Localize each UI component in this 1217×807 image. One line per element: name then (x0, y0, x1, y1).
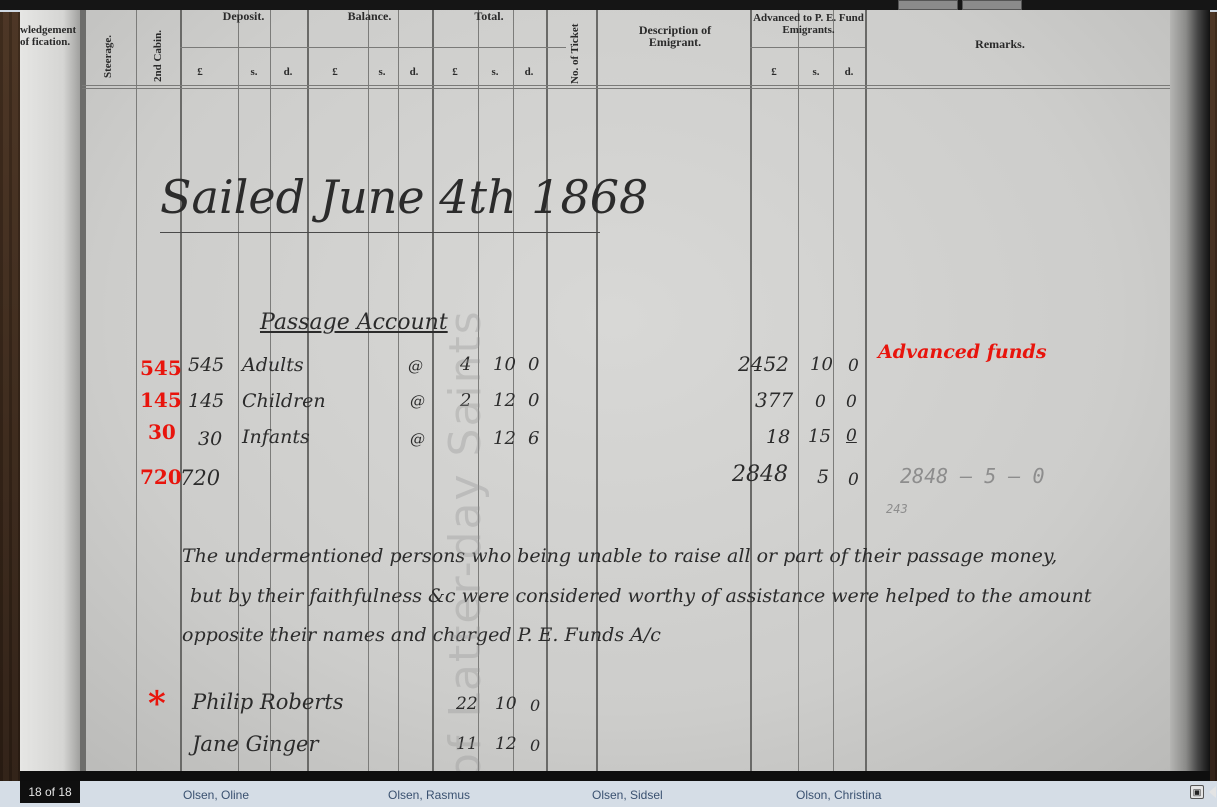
asterisk-icon: * (148, 684, 166, 724)
row-at: @ (410, 392, 425, 410)
row-adv-pence: 0 (846, 392, 857, 412)
advanced-funds-note: Advanced funds (878, 341, 1047, 363)
rule (180, 47, 566, 48)
page-counter: 18 of 18 (20, 781, 80, 803)
viewer-footer (20, 771, 1210, 781)
currency-shillings: s. (806, 66, 826, 78)
pencil-total: 2848 – 5 – 0 (900, 464, 1045, 488)
rule (865, 10, 867, 781)
toolbar-button[interactable] (898, 0, 958, 10)
currency-shillings: s. (244, 66, 264, 78)
header-acknowledgement: wledgement of fication. (20, 24, 82, 48)
left-page-edge (20, 10, 82, 781)
row-count: 30 (198, 428, 222, 450)
ledger-page: wledgement of fication. Steerage. 2nd Ca… (20, 10, 1210, 781)
row-adv-pounds: 18 (766, 426, 790, 448)
row-rate-shillings: 12 (493, 390, 516, 411)
person-amount-pence: 0 (530, 696, 540, 715)
currency-pounds: £ (190, 66, 210, 78)
row-adv-pence: 0 (848, 470, 859, 490)
row-adv-pence: 0 (846, 426, 857, 446)
viewer-top-bar (0, 0, 1217, 10)
currency-shillings: s. (372, 66, 392, 78)
red-count-adults: 545 (140, 356, 182, 380)
rule (833, 10, 834, 781)
row-rate-pence: 0 (528, 354, 539, 375)
row-rate-shillings: 12 (493, 428, 516, 449)
row-adv-pence: 0 (848, 356, 859, 376)
red-count-infants: 30 (148, 420, 176, 444)
red-count-total: 720 (140, 465, 182, 489)
sailed-date: Sailed June 4th 1868 (160, 170, 648, 224)
index-name[interactable]: Olson, Christina (796, 788, 881, 802)
currency-pence: d. (278, 66, 298, 78)
rule (398, 10, 399, 781)
paragraph-line: The undermentioned persons who being una… (182, 545, 1057, 567)
header-balance: Balance. (307, 10, 432, 22)
header-total: Total. (432, 10, 546, 22)
collapse-arrow-icon[interactable] (1209, 786, 1216, 798)
paragraph-line: but by their faithfulness &c were consid… (190, 585, 1091, 607)
currency-shillings: s. (485, 66, 505, 78)
currency-pounds: £ (445, 66, 465, 78)
rule (136, 10, 137, 781)
row-label: Children (242, 390, 326, 412)
red-count-children: 145 (140, 388, 182, 412)
currency-pence: d. (404, 66, 424, 78)
header-remarks: Remarks. (920, 38, 1080, 50)
rule (432, 10, 434, 781)
header-advanced: Advanced to P. E. Fund Emigrants. (752, 12, 865, 36)
index-strip-bottom: Olsen, Oline Olsen, Rasmus Olsen, Sidsel… (0, 781, 1217, 807)
rule (82, 88, 1170, 89)
header-no-of-tickets: No. of Ticket (569, 24, 581, 84)
row-adv-shillings: 15 (808, 426, 831, 447)
person-amount-shillings: 12 (495, 734, 517, 754)
header-deposit: Deposit. (180, 10, 307, 22)
rule (596, 10, 598, 781)
expand-icon[interactable]: ▣ (1190, 785, 1204, 799)
person-amount-pence: 0 (530, 736, 540, 755)
person-amount-shillings: 10 (495, 694, 517, 714)
row-adv-shillings: 10 (810, 354, 833, 375)
watermark: of Latter-day Saints (440, 309, 491, 780)
image-viewer[interactable]: wledgement of fication. Steerage. 2nd Ca… (20, 10, 1210, 781)
rule (798, 10, 799, 781)
row-count: 720 (180, 466, 220, 490)
person-name: Jane Ginger (192, 732, 319, 756)
paragraph-line: opposite their names and charged P. E. F… (182, 624, 661, 646)
row-adv-shillings: 0 (815, 392, 826, 412)
rule (238, 10, 239, 781)
row-at: @ (408, 357, 423, 375)
toolbar-button[interactable] (962, 0, 1022, 10)
rule (750, 10, 752, 781)
pencil-note: 243 (886, 502, 908, 516)
row-adv-shillings: 5 (817, 466, 829, 488)
row-rate-pence: 6 (528, 428, 539, 449)
rule (750, 47, 865, 48)
index-name[interactable]: Olsen, Oline (183, 788, 249, 802)
rule (546, 10, 548, 781)
index-name[interactable]: Olsen, Rasmus (388, 788, 470, 802)
binding-gutter (80, 10, 86, 781)
header-description: Description of Emigrant. (620, 24, 730, 48)
row-rate-shillings: 10 (493, 354, 516, 375)
right-binding (1170, 10, 1210, 781)
currency-pounds: £ (325, 66, 345, 78)
row-label: Adults (242, 354, 304, 376)
header-steerage: Steerage. (102, 35, 114, 78)
person-name: Philip Roberts (192, 690, 344, 714)
rule (160, 232, 600, 233)
row-adv-pounds: 2452 (738, 352, 789, 376)
row-label: Infants (242, 426, 310, 448)
row-rate-pence: 0 (528, 390, 539, 411)
header-second-cabin: 2nd Cabin. (152, 30, 164, 82)
currency-pounds: £ (764, 66, 784, 78)
row-adv-pounds: 377 (755, 388, 793, 412)
currency-pence: d. (519, 66, 539, 78)
index-name[interactable]: Olsen, Sidsel (592, 788, 663, 802)
row-count: 545 (188, 354, 224, 376)
currency-pence: d. (839, 66, 859, 78)
passage-account-heading: Passage Account (260, 310, 448, 335)
row-count: 145 (188, 390, 224, 412)
rule (82, 85, 1170, 86)
row-adv-pounds: 2848 (732, 462, 788, 487)
rule (368, 10, 369, 781)
row-at: @ (410, 430, 425, 448)
